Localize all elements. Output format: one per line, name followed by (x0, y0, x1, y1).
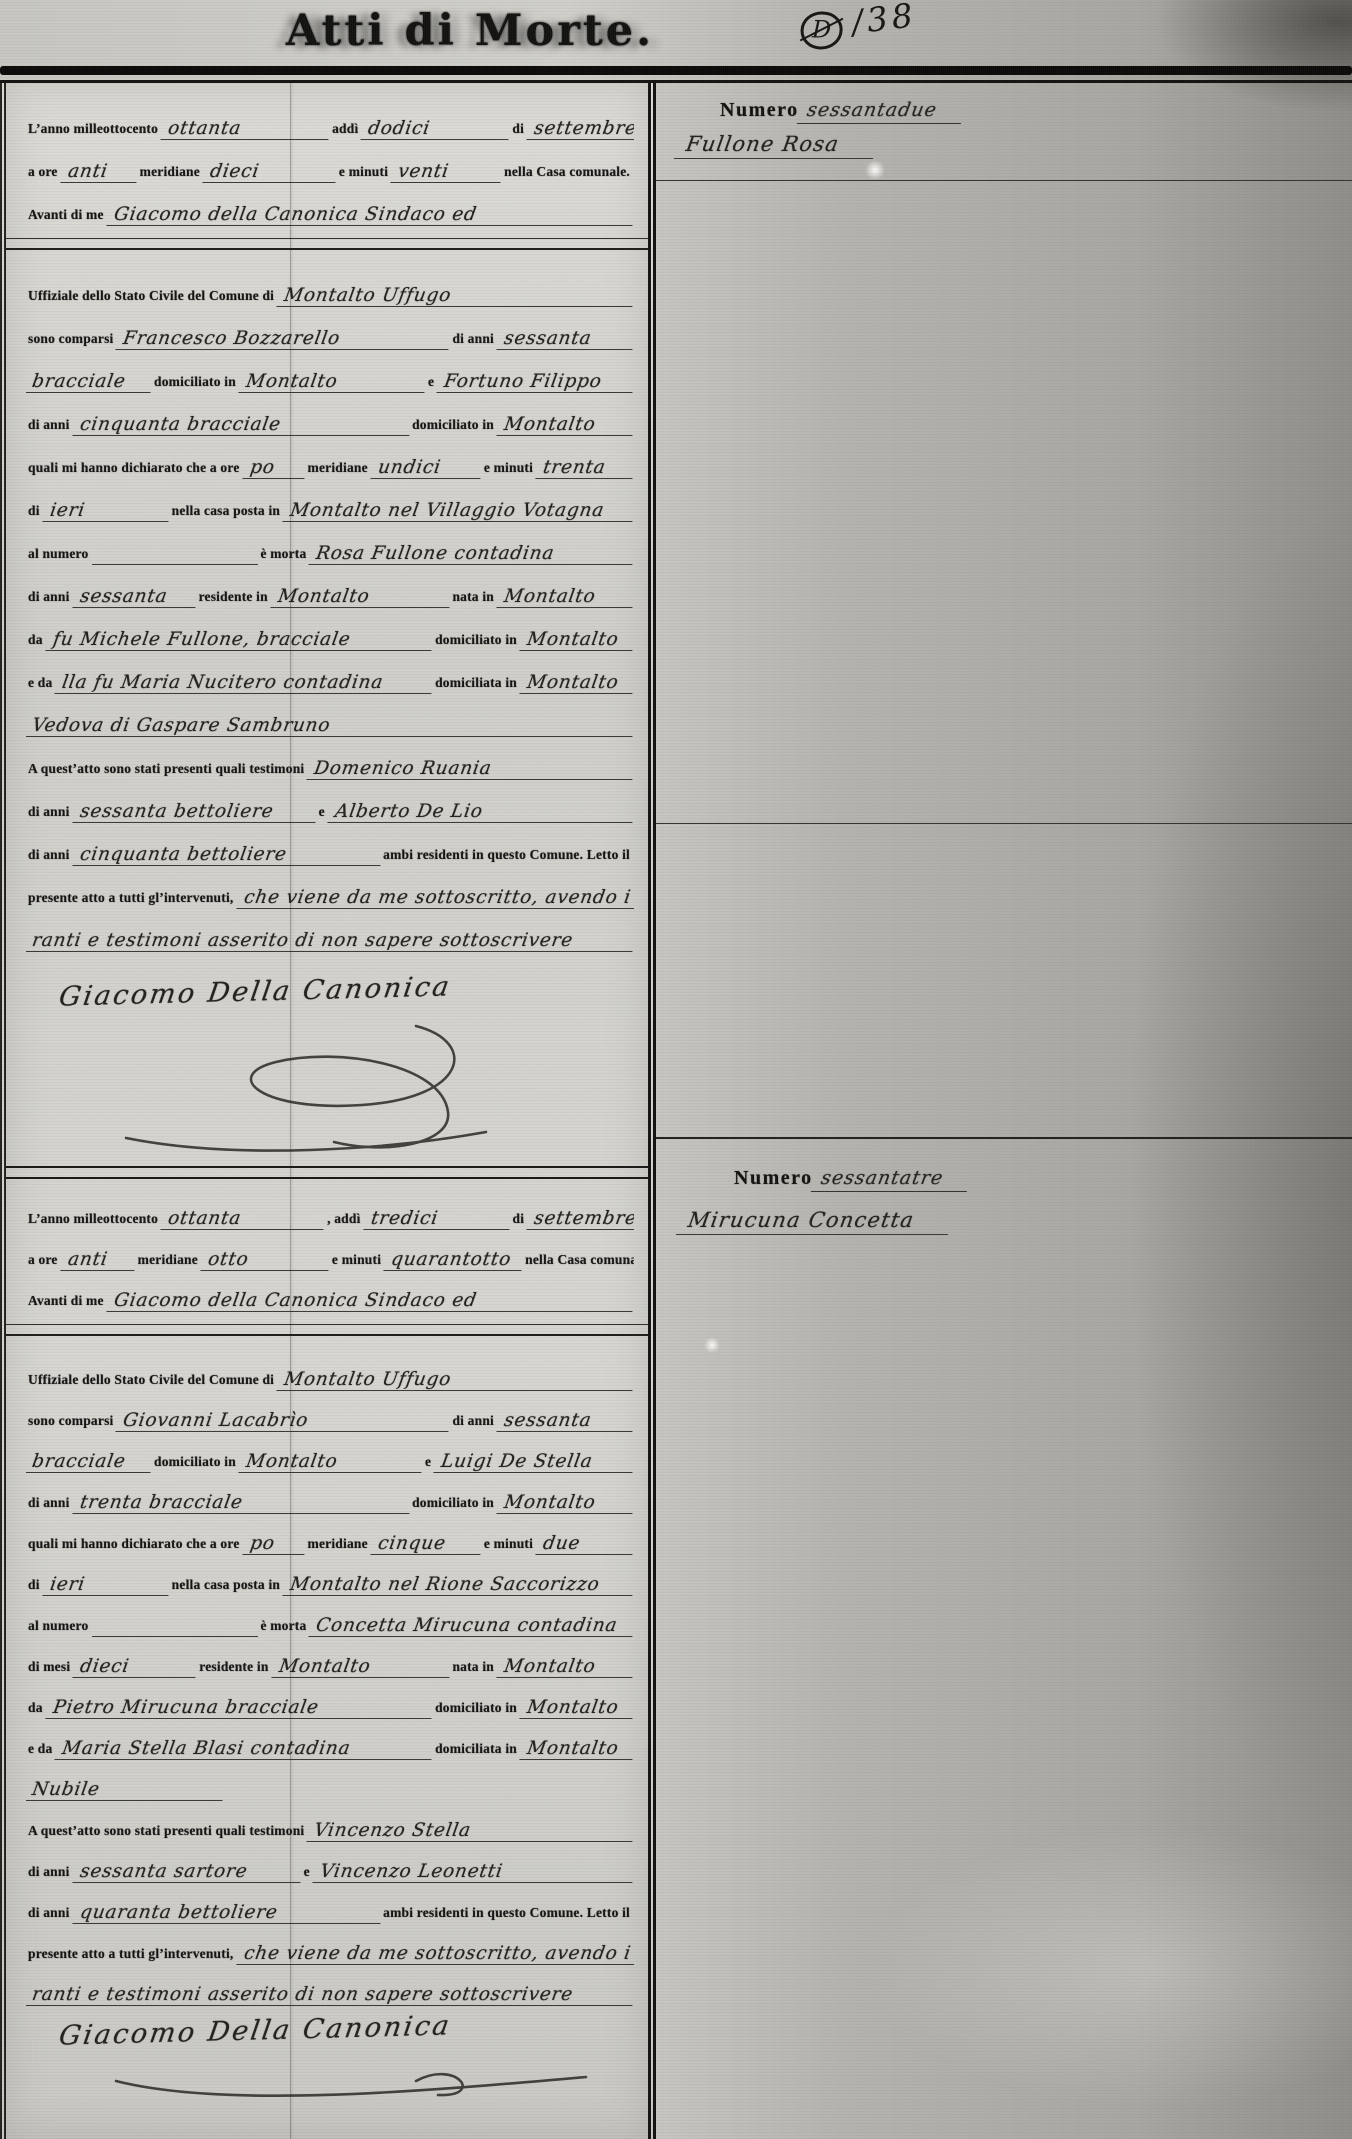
printed-label: da (26, 632, 47, 651)
official-signature: Giacomo Della Canonica (26, 971, 454, 1008)
signature-flourish (86, 2051, 606, 2121)
handwritten-entry: ottanta (160, 119, 331, 140)
handwritten-entry: Nubile (26, 1780, 226, 1801)
printed-label: presente atto a tutti gl’intervenuti, (26, 1946, 238, 1965)
handwritten-entry: due (535, 1534, 634, 1555)
printed-label: e da (26, 1741, 56, 1760)
handwritten-entry: Pietro Mirucuna bracciale (45, 1698, 435, 1719)
line-father: dafu Michele Fullone, braccialedomicilia… (26, 608, 634, 651)
handwritten-entry: Maria Stella Blasi contadina (55, 1739, 435, 1760)
margin-entry-2: Numero sessantatre Mirucuna Concetta (656, 1137, 1352, 1287)
handwritten-entry: sessanta (496, 329, 634, 350)
line-official: Avanti di meGiacomo della Canonica Sinda… (26, 183, 634, 226)
handwritten-entry: ranti e testimoni asserito di non sapere… (26, 1985, 634, 2006)
printed-label: domiciliata in (433, 675, 521, 694)
line-declaration-time: quali mi hanno dichiarato che a orepomer… (26, 436, 634, 479)
handwritten-entry: bracciale (26, 372, 154, 393)
printed-label: Avanti di me (26, 207, 108, 226)
handwritten-entry: bracciale (26, 1452, 154, 1473)
corner-annotation: D/38 (798, 0, 919, 52)
handwritten-entry: Montalto Uffugo (276, 1370, 634, 1391)
margin-horizontal-rule (656, 823, 1352, 824)
handwritten-entry: Francesco Bozzarello (116, 329, 452, 350)
printed-label: e da (26, 675, 56, 694)
handwritten-entry: tredici (363, 1209, 512, 1230)
printed-label: di anni (26, 1495, 74, 1514)
printed-label: nata in (450, 1659, 498, 1678)
printed-label: L’anno milleottocento (26, 121, 162, 140)
handwritten-entry: Concetta Mirucuna contadina (309, 1616, 634, 1637)
printed-label: domiciliata in (433, 1741, 521, 1760)
printed-label: nella Casa comunale. (502, 164, 634, 183)
line-mother: e daMaria Stella Blasi contadinadomicili… (26, 1719, 634, 1760)
line-deceased-residence: di mesidieciresidente inMontaltonata inM… (26, 1637, 634, 1678)
section-rule (6, 238, 648, 250)
handwritten-entry: che viene da me sottoscritto, avendo i d… (236, 1944, 634, 1965)
handwritten-entry: po (242, 1534, 307, 1555)
handwritten-entry (92, 1635, 258, 1637)
line-closing-2: ranti e testimoni asserito di non sapere… (26, 1965, 634, 2006)
acts-column: L’anno milleottocentoottantaaddìdodicidi… (0, 83, 656, 2139)
line-declarant-1: sono comparsiFrancesco Bozzarellodi anni… (26, 307, 634, 350)
line-declarant-2: di annitrenta braccialedomiciliato inMon… (26, 1473, 634, 1514)
line-year-date: L’anno milleottocentoottantaaddìdodicidi… (26, 97, 634, 140)
line-witnesses: A quest’atto sono stati presenti quali t… (26, 737, 634, 780)
handwritten-entry: Montalto (496, 1493, 634, 1514)
handwritten-entry: Luigi De Stella (433, 1452, 634, 1473)
deceased-name-annotation: Mirucuna Concetta (676, 1208, 952, 1235)
printed-label: nella Casa comunale. (523, 1252, 634, 1271)
handwritten-entry: Montalto (496, 1657, 634, 1678)
numero-label: Numero (734, 1167, 813, 1190)
printed-label: di anni (26, 804, 74, 823)
handwritten-entry: che viene da me sottoscritto, avendo i d… (236, 888, 634, 909)
printed-label: domiciliato in (410, 1495, 498, 1514)
handwritten-entry: undici (370, 458, 483, 479)
handwritten-entry: cinque (370, 1534, 483, 1555)
printed-label: nella casa posta in (170, 1577, 284, 1596)
handwritten-entry: Montalto nel Villaggio Votagna (282, 501, 634, 522)
death-record-1-lines: L’anno milleottocentoottantaaddìdodicidi… (26, 97, 634, 1008)
printed-label: di anni (450, 331, 498, 350)
printed-label: ambi residenti in questo Comune. Letto i… (381, 1905, 634, 1924)
printed-label: Avanti di me (26, 1293, 108, 1312)
line-place-of-death: diierinella casa posta inMontalto nel Ri… (26, 1555, 634, 1596)
printed-label: presente atto a tutti gl’intervenuti, (26, 890, 238, 909)
death-record-1: L’anno milleottocentoottantaaddìdodicidi… (26, 97, 634, 1162)
printed-label: e minuti (482, 460, 537, 479)
printed-label: di anni (26, 589, 74, 608)
page-header: Atti di Morte. D/38 (0, 0, 1352, 66)
death-record-2: L’anno milleottocentoottanta, addìtredic… (26, 1189, 634, 2121)
printed-label: di (26, 1577, 44, 1596)
handwritten-entry: anti (60, 1250, 137, 1271)
handwritten-entry: Montalto (519, 673, 634, 694)
line-closing-1: presente atto a tutti gl’intervenuti,che… (26, 866, 634, 909)
printed-label: sono comparsi (26, 331, 117, 350)
printed-label: meridiane (138, 164, 204, 183)
line-declarant-1: sono comparsiGiovanni Lacabrìodi annises… (26, 1391, 634, 1432)
printed-label: nata in (450, 589, 498, 608)
printed-label: domiciliato in (152, 374, 240, 393)
handwritten-entry: lla fu Maria Nucitero contadina (55, 673, 435, 694)
printed-label: meridiane (306, 460, 372, 479)
printed-label: di (511, 1211, 529, 1230)
line-closing-1: presente atto a tutti gl’intervenuti,che… (26, 1924, 634, 1965)
printed-label: da (26, 1700, 47, 1719)
line-declarant-2: di annicinquanta braccialedomiciliato in… (26, 393, 634, 436)
numero-value: sessantatre (810, 1167, 970, 1192)
handwritten-entry: anti (60, 162, 139, 183)
handwritten-entry: Montalto (496, 587, 634, 608)
handwritten-entry: Giacomo della Canonica Sindaco ed (106, 1291, 634, 1312)
printed-label: domiciliato in (433, 1700, 521, 1719)
handwritten-entry: dieci (202, 162, 338, 183)
corner-number: /38 (849, 0, 918, 42)
handwritten-entry: ieri (42, 1575, 171, 1596)
line-year-date: L’anno milleottocentoottanta, addìtredic… (26, 1189, 634, 1230)
printed-label: Uffiziale dello Stato Civile del Comune … (26, 1372, 278, 1391)
numero-row: Numero sessantadue (656, 83, 1352, 124)
handwritten-entry: Giacomo della Canonica Sindaco ed (106, 205, 634, 226)
printed-label: a ore (26, 1252, 62, 1271)
handwritten-entry: dodici (361, 119, 512, 140)
handwritten-entry: Giovanni Lacabrìo (116, 1411, 452, 1432)
printed-label: e minuti (337, 164, 392, 183)
handwritten-entry: Domenico Ruania (307, 759, 634, 780)
handwritten-entry: fu Michele Fullone, bracciale (45, 630, 435, 651)
printed-label: meridiane (306, 1536, 372, 1555)
signature-flourish (86, 1012, 506, 1162)
line-declarant-1b: braccialedomiciliato inMontaltoeFortuno … (26, 350, 634, 393)
printed-label: domiciliato in (152, 1454, 240, 1473)
printed-label: sono comparsi (26, 1413, 117, 1432)
signature-line: Giacomo Della Canonica (26, 952, 634, 1008)
handwritten-entry: po (242, 458, 307, 479)
margin-entry-1: Numero sessantadue Fullone Rosa (656, 83, 1352, 181)
printed-label: L’anno milleottocento (26, 1211, 162, 1230)
handwritten-entry: trenta bracciale (72, 1493, 412, 1514)
numero-label: Numero (720, 99, 799, 122)
section-rule (6, 1324, 648, 1336)
handwritten-entry: Montalto (519, 1739, 634, 1760)
printed-label: di mesi (26, 1659, 74, 1678)
handwritten-entry: ieri (42, 501, 171, 522)
line-witness-2: di anniquaranta bettoliereambi residenti… (26, 1883, 634, 1924)
printed-label: di anni (26, 847, 74, 866)
line-witnesses: A quest’atto sono stati presenti quali t… (26, 1801, 634, 1842)
page-title: Atti di Morte. (150, 6, 790, 56)
handwritten-entry: Montalto (519, 1698, 634, 1719)
printed-label: meridiane (136, 1252, 202, 1271)
printed-label: A quest’atto sono stati presenti quali t… (26, 1823, 308, 1842)
handwritten-entry: Montalto (238, 1452, 424, 1473)
printed-label: domiciliato in (410, 417, 498, 436)
line-time: a oreantimeridianeottoe minutiquarantott… (26, 1230, 634, 1271)
printed-label: quali mi hanno dichiarato che a ore (26, 460, 244, 479)
line-official: Avanti di meGiacomo della Canonica Sinda… (26, 1271, 634, 1312)
handwritten-entry: Montalto (519, 630, 634, 651)
paper-crease (290, 83, 291, 2139)
printed-label: è morta (258, 546, 310, 565)
handwritten-entry: Montalto (271, 1657, 452, 1678)
printed-label: , addì (325, 1211, 364, 1230)
handwritten-entry: quarantotto (383, 1250, 524, 1271)
line-comune: Uffiziale dello Stato Civile del Comune … (26, 264, 634, 307)
printed-label: di anni (26, 1905, 74, 1924)
printed-label: domiciliato in (433, 632, 521, 651)
line-time: a oreantimeridianediecie minutiventinell… (26, 140, 634, 183)
handwritten-entry: quaranta bettoliere (72, 1903, 383, 1924)
line-witness-1: di annisessanta bettoliereeAlberto De Li… (26, 780, 634, 823)
printed-label: e minuti (482, 1536, 537, 1555)
printed-label: A quest’atto sono stati presenti quali t… (26, 761, 308, 780)
numero-value: sessantadue (796, 99, 964, 124)
handwritten-entry: cinquanta bracciale (72, 415, 412, 436)
official-signature: Giacomo Della Canonica (26, 2010, 454, 2047)
handwritten-entry: sessanta (72, 587, 198, 608)
handwritten-entry: settembre (526, 119, 634, 140)
handwritten-entry: Rosa Fullone contadina (309, 544, 634, 565)
handwritten-entry: venti (390, 162, 503, 183)
line-declarant-1b: braccialedomiciliato inMontaltoeLuigi De… (26, 1432, 634, 1473)
line-marital-status: Vedova di Gaspare Sambruno (26, 694, 634, 737)
handwritten-entry: Vedova di Gaspare Sambruno (26, 716, 634, 737)
printed-label: di (510, 121, 528, 140)
printed-label: di anni (450, 1413, 498, 1432)
line-place-of-death: diierinella casa posta inMontalto nel Vi… (26, 479, 634, 522)
printed-label: di anni (26, 1864, 74, 1883)
line-marital-status: Nubile (26, 1760, 634, 1801)
handwritten-entry: otto (200, 1250, 331, 1271)
line-deceased: al numeroè mortaConcetta Mirucuna contad… (26, 1596, 634, 1637)
printed-label: residente in (197, 589, 272, 608)
printed-label: di anni (26, 417, 74, 436)
line-father: daPietro Mirucuna braccialedomiciliato i… (26, 1678, 634, 1719)
deceased-name-annotation: Fullone Rosa (674, 132, 877, 159)
handwritten-entry: settembre (527, 1209, 634, 1230)
printed-label: al numero (26, 546, 92, 565)
act-separator-rule (6, 1166, 648, 1179)
handwritten-entry: Fortuno Filippo (436, 372, 634, 393)
handwritten-entry: Montalto nel Rione Saccorizzo (282, 1575, 634, 1596)
register-body: L’anno milleottocentoottantaaddìdodicidi… (0, 83, 1352, 2139)
handwritten-entry: Vincenzo Stella (307, 1821, 634, 1842)
printed-label: al numero (26, 1618, 92, 1637)
handwritten-entry: Montalto (496, 415, 634, 436)
handwritten-entry: ottanta (160, 1209, 326, 1230)
handwritten-entry: Vincenzo Leonetti (312, 1862, 634, 1883)
handwritten-entry: trenta (535, 458, 634, 479)
line-closing-2: ranti e testimoni asserito di non sapere… (26, 909, 634, 952)
line-deceased: al numeroè mortaRosa Fullone contadina (26, 522, 634, 565)
handwritten-entry: sessanta (496, 1411, 634, 1432)
handwritten-entry: dieci (73, 1657, 199, 1678)
line-witness-1: di annisessanta sartoreeVincenzo Leonett… (26, 1842, 634, 1883)
handwritten-entry: Montalto Uffugo (276, 286, 634, 307)
death-register-page: Atti di Morte. D/38 L’anno milleottocent… (0, 0, 1352, 2139)
printed-label: residente in (197, 1659, 272, 1678)
printed-label: quali mi hanno dichiarato che a ore (26, 1536, 244, 1555)
line-mother: e dalla fu Maria Nucitero contadinadomic… (26, 651, 634, 694)
margin-column: Numero sessantadue Fullone Rosa Numero s… (656, 83, 1352, 2139)
handwritten-entry: sessanta bettoliere (72, 802, 318, 823)
printed-label: di (26, 503, 44, 522)
printed-label: addì (330, 121, 362, 140)
handwritten-entry: cinquanta bettoliere (72, 845, 383, 866)
printed-label: Uffiziale dello Stato Civile del Comune … (26, 288, 278, 307)
handwritten-entry: Alberto De Lio (327, 802, 634, 823)
handwritten-entry: Montalto (270, 587, 452, 608)
line-witness-2: di annicinquanta bettoliereambi resident… (26, 823, 634, 866)
printed-label: è morta (258, 1618, 310, 1637)
handwritten-entry: ranti e testimoni asserito di non sapere… (26, 931, 634, 952)
handwritten-entry: Montalto (238, 372, 427, 393)
handwritten-entry (92, 563, 258, 565)
printed-label: nella casa posta in (170, 503, 284, 522)
line-comune: Uffiziale dello Stato Civile del Comune … (26, 1350, 634, 1391)
printed-label: a ore (26, 164, 62, 183)
handwritten-entry: sessanta sartore (72, 1862, 303, 1883)
line-deceased-residence: di annisessantaresidente inMontaltonata … (26, 565, 634, 608)
numero-row: Numero sessantatre (656, 1139, 1352, 1192)
stamp-mark-icon: D (800, 11, 843, 50)
line-declaration-time: quali mi hanno dichiarato che a orepomer… (26, 1514, 634, 1555)
top-heavy-rule (0, 66, 1352, 75)
signature-line: Giacomo Della Canonica (26, 2006, 634, 2047)
printed-label: e minuti (330, 1252, 385, 1271)
death-record-2-lines: L’anno milleottocentoottanta, addìtredic… (26, 1189, 634, 2047)
printed-label: ambi residenti in questo Comune. Letto i… (381, 847, 634, 866)
